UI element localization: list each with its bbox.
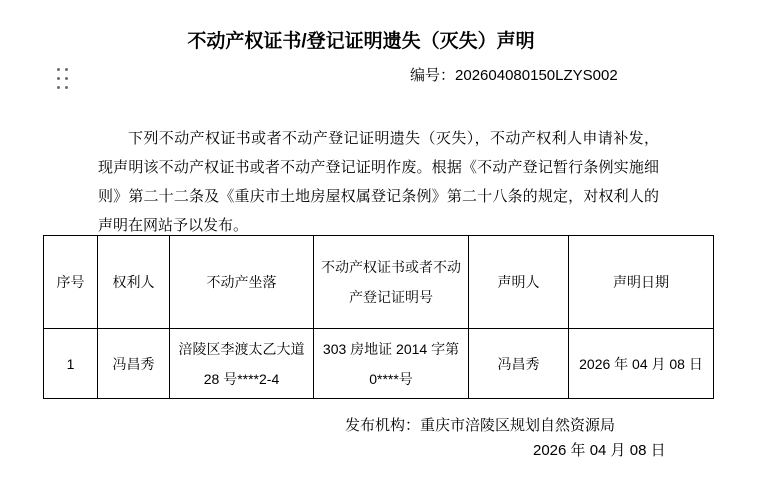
column-header-declarant: 声明人 (469, 236, 569, 329)
table-header-row: 序号 权利人 不动产坐落 不动产权证书或者不动产登记证明号 声明人 声明日期 (44, 236, 714, 329)
declaration-table: 序号 权利人 不动产坐落 不动产权证书或者不动产登记证明号 声明人 声明日期 1… (43, 235, 714, 399)
publish-date: 2026 年 04 月 08 日 (533, 441, 666, 460)
cell-right-holder: 冯昌秀 (98, 329, 170, 399)
column-header-declaration-date: 声明日期 (569, 236, 714, 329)
column-header-right-holder: 权利人 (98, 236, 170, 329)
page-title: 不动产权证书/登记证明遗失（灭失）声明 (0, 28, 722, 56)
column-header-certificate-number: 不动产权证书或者不动产登记证明号 (314, 236, 469, 329)
publisher-line: 发布机构：重庆市涪陵区规划自然资源局 (345, 416, 615, 435)
declaration-intro-paragraph: 下列不动产权证书或者不动产登记证明遗失（灭失），不动产权利人申请补发，现声明该不… (98, 124, 659, 240)
cell-declarant: 冯昌秀 (469, 329, 569, 399)
cell-property-location: 涪陵区李渡太乙大道 28 号****2-4 (170, 329, 314, 399)
drag-handle-icon[interactable] (57, 68, 68, 89)
document-number-value: 202604080150LZYS002 (455, 67, 618, 84)
publisher-name: 重庆市涪陵区规划自然资源局 (420, 417, 615, 434)
column-header-serial-number: 序号 (44, 236, 98, 329)
cell-declaration-date: 2026 年 04 月 08 日 (569, 329, 714, 399)
table-row: 1 冯昌秀 涪陵区李渡太乙大道 28 号****2-4 303 房地证 2014… (44, 329, 714, 399)
document-number-label: 编号： (410, 67, 455, 84)
cell-certificate-number: 303 房地证 2014 字第 0****号 (314, 329, 469, 399)
publisher-label: 发布机构： (345, 417, 420, 434)
declaration-document-page: 不动产权证书/登记证明遗失（灭失）声明 编号：202604080150LZYS0… (0, 0, 757, 495)
document-number: 编号：202604080150LZYS002 (410, 66, 618, 85)
cell-serial-number: 1 (44, 329, 98, 399)
column-header-property-location: 不动产坐落 (170, 236, 314, 329)
